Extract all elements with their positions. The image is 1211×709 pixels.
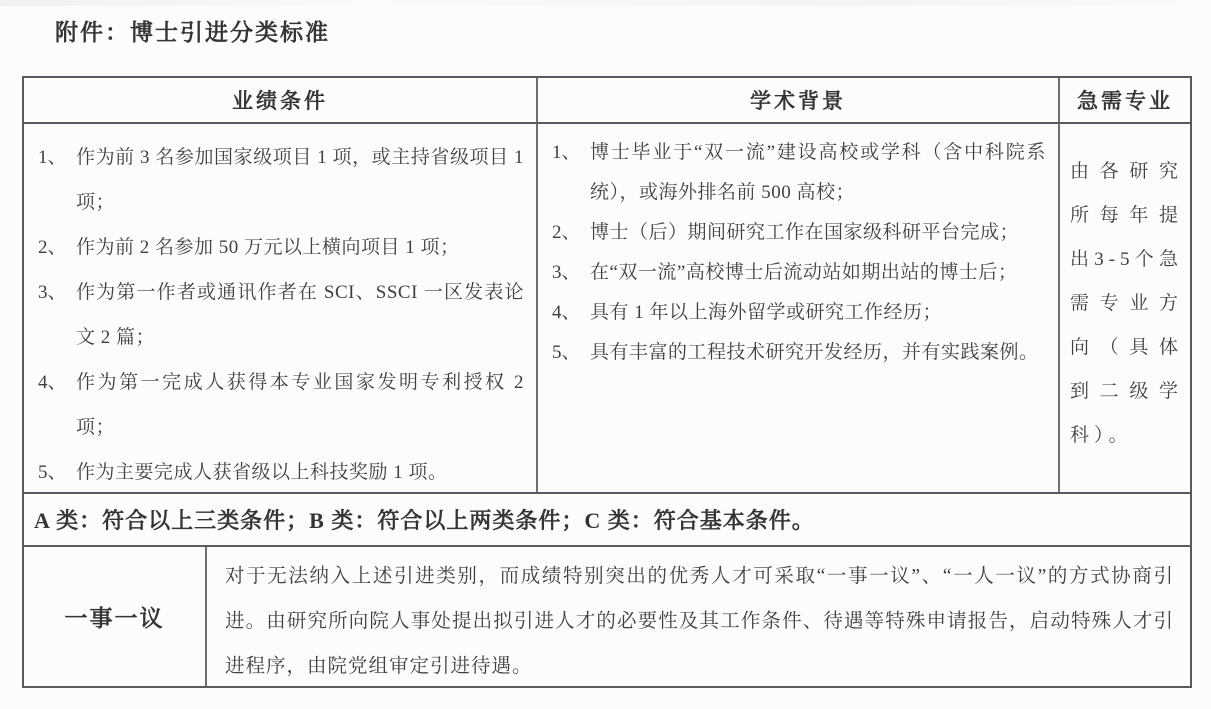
page-title: 附件：博士引进分类标准 <box>55 14 330 47</box>
table-content-row: 1、 作为前 3 名参加国家级项目 1 项，或主持省级项目 1 项； 2、 作为… <box>24 124 1190 494</box>
classification-table: 业绩条件 学术背景 急需专业 1、 作为前 3 名参加国家级项目 1 项，或主持… <box>22 76 1192 688</box>
special-case-row: 一事一议 对于无法纳入上述引进类别，而成绩特别突出的优秀人才可采取“一事一议”、… <box>24 547 1190 686</box>
item-text: 作为主要完成人获省级以上科技奖励 1 项。 <box>76 450 524 492</box>
academic-background-cell: 1、 博士毕业于“双一流”建设高校或学科（含中科院系统），或海外排名前 500 … <box>538 124 1060 492</box>
item-number: 5、 <box>552 333 590 373</box>
class-grading-text: A 类：符合以上三类条件；B 类：符合以上两类条件；C 类：符合基本条件。 <box>24 494 1190 545</box>
header-performance-conditions: 业绩条件 <box>24 78 538 122</box>
item-number: 4、 <box>38 360 76 450</box>
item-number: 5、 <box>38 450 76 492</box>
item-text: 作为前 3 名参加国家级项目 1 项，或主持省级项目 1 项； <box>76 135 524 225</box>
item-number: 3、 <box>38 270 76 360</box>
special-case-text: 对于无法纳入上述引进类别，而成绩特别突出的优秀人才可采取“一事一议”、“一人一议… <box>207 547 1190 686</box>
academic-item-1: 1、 博士毕业于“双一流”建设高校或学科（含中科院系统），或海外排名前 500 … <box>552 133 1046 213</box>
performance-item-3: 3、 作为第一作者或通讯作者在 SCI、SSCI 一区发表论文 2 篇； <box>38 270 524 360</box>
item-number: 4、 <box>552 293 590 333</box>
table-header-row: 业绩条件 学术背景 急需专业 <box>24 78 1190 124</box>
item-number: 2、 <box>38 225 76 270</box>
performance-item-1: 1、 作为前 3 名参加国家级项目 1 项，或主持省级项目 1 项； <box>38 135 524 225</box>
academic-item-3: 3、 在“双一流”高校博士后流动站如期出站的博士后； <box>552 253 1046 293</box>
item-number: 1、 <box>38 135 76 225</box>
performance-item-4: 4、 作为第一完成人获得本专业国家发明专利授权 2 项； <box>38 360 524 450</box>
scanned-document-page: { "page": { "title": "附件：博士引进分类标准" }, "t… <box>0 0 1211 709</box>
performance-conditions-cell: 1、 作为前 3 名参加国家级项目 1 项，或主持省级项目 1 项； 2、 作为… <box>24 124 538 492</box>
item-text: 在“双一流”高校博士后流动站如期出站的博士后； <box>590 253 1046 293</box>
item-text: 博士（后）期间研究工作在国家级科研平台完成； <box>590 213 1046 253</box>
special-case-label: 一事一议 <box>24 547 207 686</box>
item-number: 1、 <box>552 133 590 213</box>
performance-item-5: 5、 作为主要完成人获省级以上科技奖励 1 项。 <box>38 450 524 492</box>
item-text: 具有丰富的工程技术研究开发经历，并有实践案例。 <box>590 333 1046 373</box>
item-text: 作为第一完成人获得本专业国家发明专利授权 2 项； <box>76 360 524 450</box>
class-grading-row: A 类：符合以上三类条件；B 类：符合以上两类条件；C 类：符合基本条件。 <box>24 494 1190 547</box>
academic-item-4: 4、 具有 1 年以上海外留学或研究工作经历； <box>552 293 1046 333</box>
scan-artifact <box>0 0 1211 6</box>
academic-item-2: 2、 博士（后）期间研究工作在国家级科研平台完成； <box>552 213 1046 253</box>
performance-item-2: 2、 作为前 2 名参加 50 万元以上横向项目 1 项； <box>38 225 524 270</box>
item-text: 作为第一作者或通讯作者在 SCI、SSCI 一区发表论文 2 篇； <box>76 270 524 360</box>
header-urgent-majors: 急需专业 <box>1060 78 1190 122</box>
item-number: 2、 <box>552 213 590 253</box>
urgent-majors-cell: 由各研究所每年提出3-5个急需专业方向（具体到二级学科）。 <box>1060 124 1190 492</box>
item-text: 具有 1 年以上海外留学或研究工作经历； <box>590 293 1046 333</box>
header-academic-background: 学术背景 <box>538 78 1060 122</box>
academic-item-5: 5、 具有丰富的工程技术研究开发经历，并有实践案例。 <box>552 333 1046 373</box>
item-number: 3、 <box>552 253 590 293</box>
item-text: 作为前 2 名参加 50 万元以上横向项目 1 项； <box>76 225 524 270</box>
item-text: 博士毕业于“双一流”建设高校或学科（含中科院系统），或海外排名前 500 高校； <box>590 133 1046 213</box>
